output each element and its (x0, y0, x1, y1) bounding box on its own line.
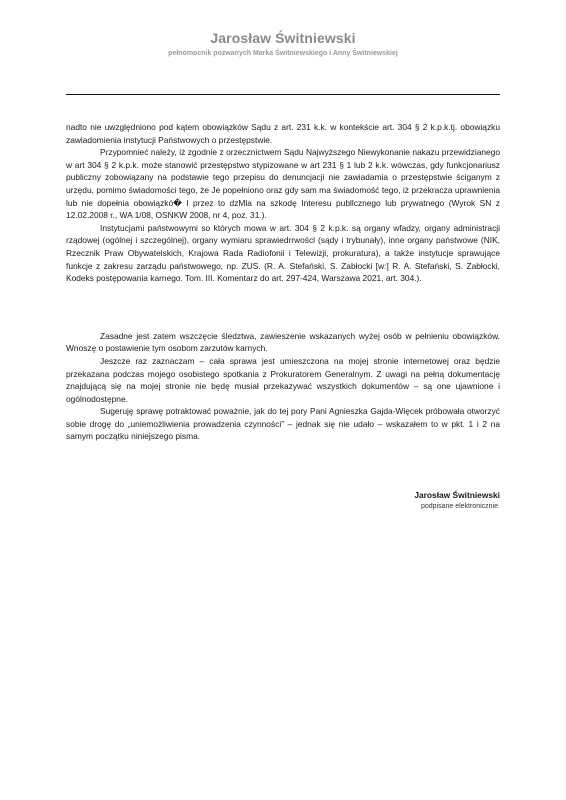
signature-note: podpisane elektronicznie (300, 503, 500, 510)
paragraph: Jeszcze raz zaznaczam – cała sprawa jest… (66, 355, 500, 405)
letterhead-role: pełnomocnik pozwanych Marka Świtniewskie… (0, 50, 566, 57)
paragraph: Przypomnieć należy, iż zgodnie z orzeczn… (66, 146, 500, 222)
signature-block: Jarosław Świtniewski podpisane elektroni… (300, 490, 500, 510)
paragraph: nadto nie uwzględniono pod kątem obowiąz… (66, 121, 500, 146)
paragraph: Sugeruję sprawę potraktować poważnie, ja… (66, 405, 500, 443)
document-body: nadto nie uwzględniono pod kątem obowiąz… (66, 121, 500, 443)
header-divider (66, 94, 500, 95)
spacer (66, 285, 500, 330)
paragraph: Zasadne jest zatem wszczęcie śledztwa, z… (66, 330, 500, 355)
letterhead: Jarosław Świtniewski pełnomocnik pozwany… (0, 30, 566, 57)
letterhead-name: Jarosław Świtniewski (0, 30, 566, 46)
signature-name: Jarosław Świtniewski (300, 490, 500, 500)
paragraph: Instytucjami państwowymi so których mowa… (66, 222, 500, 285)
